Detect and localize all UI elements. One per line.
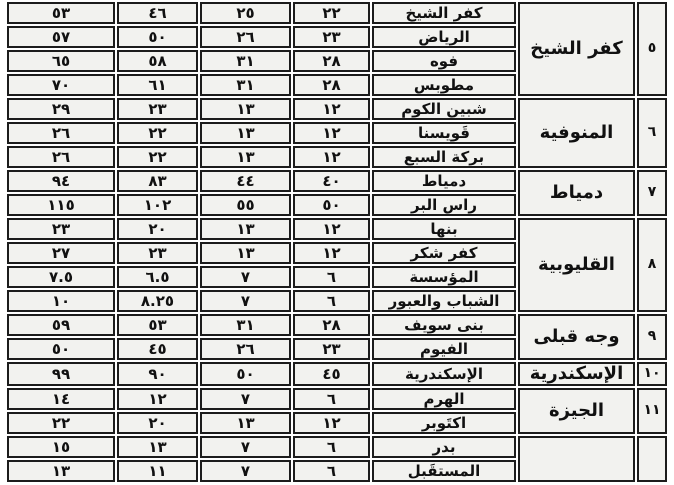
value-cell: ٦ (293, 460, 370, 482)
value-cell: ٥٧ (7, 26, 115, 48)
table-body: ٥كفر الشيخكفر الشيخ٢٢٢٥٤٦٥٣الرياض٢٣٢٦٥٠٥… (7, 2, 667, 482)
value-cell: ٤٤ (200, 170, 291, 192)
governorate-cell: دمياط (518, 170, 635, 216)
table-row: ٥كفر الشيخكفر الشيخ٢٢٢٥٤٦٥٣ (7, 2, 667, 24)
governorate-index-cell: ١٠ (637, 362, 667, 386)
district-cell: فوه (372, 50, 516, 72)
value-cell: ٩٩ (7, 362, 115, 386)
value-cell: ١٣ (7, 460, 115, 482)
value-cell: ٢٣ (7, 218, 115, 240)
value-cell: ٥٥ (200, 194, 291, 216)
governorate-index-cell: ٩ (637, 314, 667, 360)
value-cell: ٣١ (200, 74, 291, 96)
value-cell: ٢٠ (117, 412, 198, 434)
value-cell: ٥٣ (7, 2, 115, 24)
district-cell: بدر (372, 436, 516, 458)
value-cell: ٦ (293, 290, 370, 312)
value-cell: ٢٦ (7, 122, 115, 144)
district-cell: الهرم (372, 388, 516, 410)
value-cell: ٢٠ (117, 218, 198, 240)
value-cell: ٦٥ (7, 50, 115, 72)
value-cell: ٦١ (117, 74, 198, 96)
governorate-index-cell: ٨ (637, 218, 667, 312)
value-cell: ٥٨ (117, 50, 198, 72)
value-cell: ٧٠ (7, 74, 115, 96)
value-cell: ١٢ (293, 98, 370, 120)
value-cell: ٢٣ (117, 242, 198, 264)
value-cell: ٤٥ (117, 338, 198, 360)
value-cell: ٩٠ (117, 362, 198, 386)
value-cell: ٥٩ (7, 314, 115, 336)
value-cell: ٢٥ (200, 2, 291, 24)
value-cell: ٦ (293, 436, 370, 458)
value-cell: ١٣ (200, 242, 291, 264)
distribution-table: ٥كفر الشيخكفر الشيخ٢٢٢٥٤٦٥٣الرياض٢٣٢٦٥٠٥… (5, 0, 669, 484)
district-cell: الرياض (372, 26, 516, 48)
value-cell: ١٥ (7, 436, 115, 458)
value-cell: ٢٨ (293, 314, 370, 336)
district-cell: الإسكندرية (372, 362, 516, 386)
table-row: بدر٦٧١٣١٥ (7, 436, 667, 458)
value-cell: ٢٣ (117, 98, 198, 120)
governorate-index-cell (637, 436, 667, 482)
district-cell: شبين الكوم (372, 98, 516, 120)
governorate-cell: الإسكندرية (518, 362, 635, 386)
value-cell: ٦.٥ (117, 266, 198, 288)
governorate-index-cell: ١١ (637, 388, 667, 434)
value-cell: ٧ (200, 388, 291, 410)
value-cell: ١٣ (200, 146, 291, 168)
value-cell: ٥٠ (293, 194, 370, 216)
value-cell: ٥٠ (117, 26, 198, 48)
value-cell: ١٢ (117, 388, 198, 410)
district-cell: بركة السبع (372, 146, 516, 168)
governorate-index-cell: ٥ (637, 2, 667, 96)
value-cell: ٥٠ (200, 362, 291, 386)
value-cell: ٢٦ (7, 146, 115, 168)
value-cell: ٦ (293, 388, 370, 410)
scanned-document-page: ٥كفر الشيخكفر الشيخ٢٢٢٥٤٦٥٣الرياض٢٣٢٦٥٠٥… (0, 0, 674, 485)
district-cell: كفر الشيخ (372, 2, 516, 24)
value-cell: ١٢ (293, 218, 370, 240)
value-cell: ٣١ (200, 50, 291, 72)
value-cell: ٥٣ (117, 314, 198, 336)
value-cell: ٢٢ (293, 2, 370, 24)
value-cell: ٢٩ (7, 98, 115, 120)
value-cell: ٨٣ (117, 170, 198, 192)
table-row: ٦المنوفيةشبين الكوم١٢١٣٢٣٢٩ (7, 98, 667, 120)
value-cell: ٩٤ (7, 170, 115, 192)
district-cell: اكتَوبر (372, 412, 516, 434)
value-cell: ١٠ (7, 290, 115, 312)
district-cell: دمياط (372, 170, 516, 192)
value-cell: ١٤ (7, 388, 115, 410)
value-cell: ٢٢ (117, 146, 198, 168)
value-cell: ٢٧ (7, 242, 115, 264)
value-cell: ٢٨ (293, 74, 370, 96)
governorate-cell (518, 436, 635, 482)
governorate-cell: المنوفية (518, 98, 635, 168)
value-cell: ١١ (117, 460, 198, 482)
table-row: ٧دمياطدمياط٤٠٤٤٨٣٩٤ (7, 170, 667, 192)
district-cell: مطوبس (372, 74, 516, 96)
value-cell: ١٣ (117, 436, 198, 458)
value-cell: ٤٥ (293, 362, 370, 386)
governorate-cell: كفر الشيخ (518, 2, 635, 96)
district-cell: المؤسسة (372, 266, 516, 288)
district-cell: بنها (372, 218, 516, 240)
value-cell: ١٠٢ (117, 194, 198, 216)
district-cell: المستقَبل (372, 460, 516, 482)
governorate-cell: وجه قبلى (518, 314, 635, 360)
value-cell: ٢٨ (293, 50, 370, 72)
value-cell: ٨.٢٥ (117, 290, 198, 312)
value-cell: ١٣ (200, 218, 291, 240)
value-cell: ٢٦ (200, 338, 291, 360)
district-cell: الشباب والعبور (372, 290, 516, 312)
table-row: ١٠الإسكندريةالإسكندرية٤٥٥٠٩٠٩٩ (7, 362, 667, 386)
value-cell: ٥٠ (7, 338, 115, 360)
value-cell: ٧ (200, 460, 291, 482)
value-cell: ١٣ (200, 122, 291, 144)
value-cell: ٧.٥ (7, 266, 115, 288)
district-cell: الفيوم (372, 338, 516, 360)
value-cell: ١٢ (293, 146, 370, 168)
district-cell: راس البر (372, 194, 516, 216)
value-cell: ٢٢ (7, 412, 115, 434)
value-cell: ٣١ (200, 314, 291, 336)
value-cell: ١١٥ (7, 194, 115, 216)
value-cell: ١٣ (200, 412, 291, 434)
governorate-cell: الجيزة (518, 388, 635, 434)
table-row: ٩وجه قبلىبنى سويف٢٨٣١٥٣٥٩ (7, 314, 667, 336)
district-cell: كفر شكر (372, 242, 516, 264)
value-cell: ٢٢ (117, 122, 198, 144)
governorate-index-cell: ٦ (637, 98, 667, 168)
district-cell: بنى سويف (372, 314, 516, 336)
value-cell: ٦ (293, 266, 370, 288)
table-row: ٨القليوبيةبنها١٢١٣٢٠٢٣ (7, 218, 667, 240)
value-cell: ١٢ (293, 412, 370, 434)
governorate-index-cell: ٧ (637, 170, 667, 216)
value-cell: ٤٦ (117, 2, 198, 24)
value-cell: ٢٦ (200, 26, 291, 48)
district-cell: قَويسنا (372, 122, 516, 144)
value-cell: ٧ (200, 290, 291, 312)
value-cell: ٢٣ (293, 338, 370, 360)
value-cell: ٧ (200, 266, 291, 288)
value-cell: ١٢ (293, 242, 370, 264)
value-cell: ٢٣ (293, 26, 370, 48)
value-cell: ٤٠ (293, 170, 370, 192)
governorate-cell: القليوبية (518, 218, 635, 312)
table-row: ١١الجيزةالهرم٦٧١٢١٤ (7, 388, 667, 410)
value-cell: ١٢ (293, 122, 370, 144)
value-cell: ٧ (200, 436, 291, 458)
value-cell: ١٣ (200, 98, 291, 120)
